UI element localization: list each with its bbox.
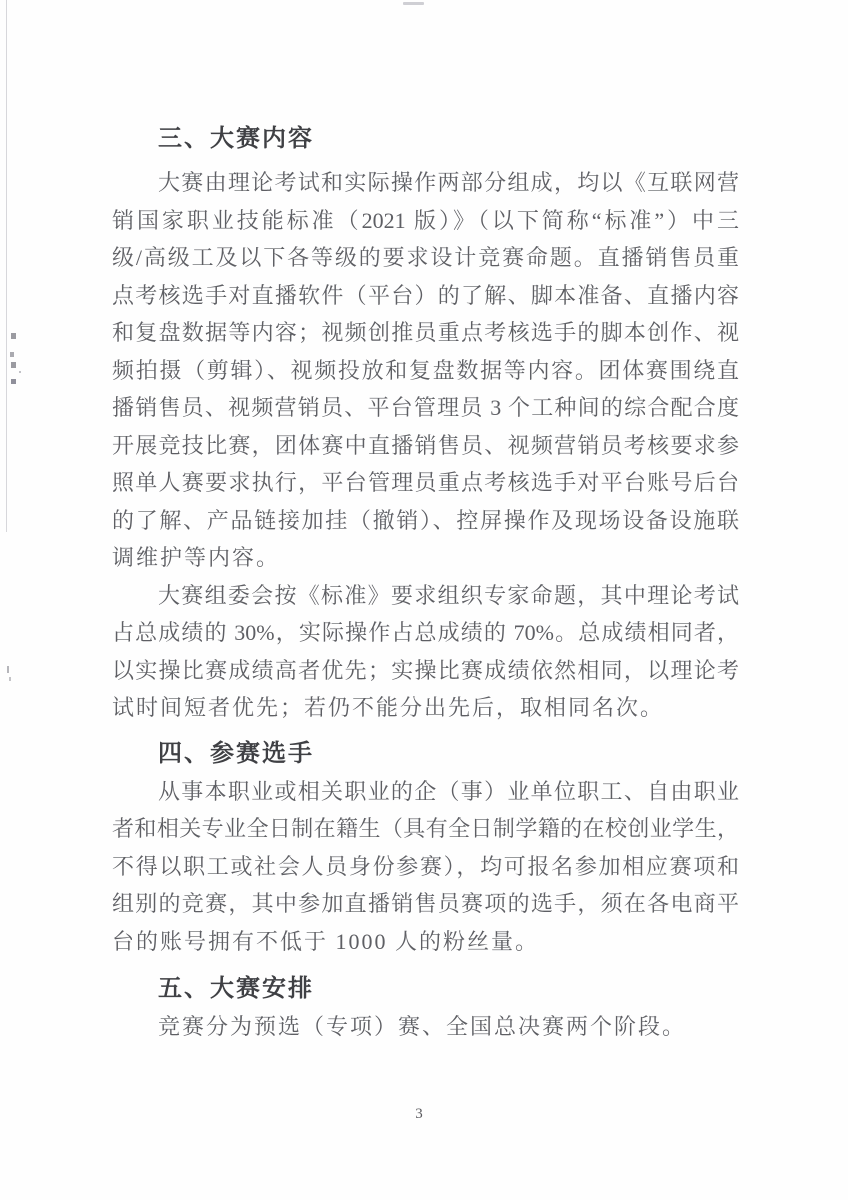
- scan-artifact-speck: [11, 362, 16, 368]
- scan-artifact-speck: [19, 371, 21, 373]
- scan-artifact-speck: [10, 352, 14, 357]
- section-heading: 五、大赛安排: [112, 970, 739, 1008]
- paragraph: 从事本职业或相关职业的企（事）业单位职工、自由职业 者和相关专业全日制在籍生（具…: [112, 773, 739, 961]
- scan-artifact-edge-line: [6, 0, 7, 532]
- section-participants: 四、参赛选手 从事本职业或相关职业的企（事）业单位职工、自由职业 者和相关专业全…: [112, 735, 739, 961]
- text-line: 大赛由理论考试和实际操作两部分组成，均以《互联网营: [112, 164, 739, 202]
- text-line: 试时间短者优先；若仍不能分出先后，取相同名次。: [112, 689, 739, 727]
- section-contest-content: 三、大赛内容 大赛由理论考试和实际操作两部分组成，均以《互联网营 销国家职业技能…: [112, 120, 739, 727]
- paragraph: 大赛组委会按《标准》要求组织专家命题，其中理论考试 占总成绩的 30%，实际操作…: [112, 577, 739, 727]
- text-line: 组别的竞赛，其中参加直播销售员赛项的选手，须在各电商平: [112, 885, 739, 923]
- page-number: 3: [0, 1106, 838, 1123]
- text-line: 开展竞技比赛，团体赛中直播销售员、视频营销员考核要求参: [112, 427, 739, 465]
- text-line: 台的账号拥有不低于 1000 人的粉丝量。: [112, 923, 739, 961]
- scan-artifact-speck: [11, 333, 16, 339]
- text-line: 大赛组委会按《标准》要求组织专家命题，其中理论考试: [112, 577, 739, 615]
- text-line: 以实操比赛成绩高者优先；实操比赛成绩依然相同，以理论考: [112, 652, 739, 690]
- text-line: 从事本职业或相关职业的企（事）业单位职工、自由职业: [112, 773, 739, 811]
- scan-artifact-speck: [7, 666, 9, 673]
- scan-artifact-top-bar: [403, 2, 424, 5]
- scan-artifact-speck: [11, 379, 16, 384]
- text-line: 级/高级工及以下各等级的要求设计竞赛命题。直播销售员重: [112, 239, 739, 277]
- text-line: 点考核选手对直播软件（平台）的了解、脚本准备、直播内容: [112, 277, 739, 315]
- paragraph: 竞赛分为预选（专项）赛、全国总决赛两个阶段。: [112, 1008, 739, 1046]
- text-line: 频拍摄（剪辑）、视频投放和复盘数据等内容。团体赛围绕直: [112, 352, 739, 390]
- text-line: 照单人赛要求执行，平台管理员重点考核选手对平台账号后台: [112, 464, 739, 502]
- section-heading: 三、大赛内容: [112, 120, 739, 158]
- text-line: 销国家职业技能标准（2021 版）》（以下简称“标准”）中三: [112, 202, 739, 240]
- text-line: 不得以职工或社会人员身份参赛），均可报名参加相应赛项和: [112, 848, 739, 886]
- section-heading: 四、参赛选手: [112, 735, 739, 773]
- text-line: 调维护等内容。: [112, 539, 739, 577]
- text-line: 占总成绩的 30%，实际操作占总成绩的 70%。总成绩相同者，: [112, 614, 739, 652]
- section-schedule: 五、大赛安排 竞赛分为预选（专项）赛、全国总决赛两个阶段。: [112, 970, 739, 1046]
- text-line: 和复盘数据等内容；视频创推员重点考核选手的脚本创作、视: [112, 314, 739, 352]
- text-line: 者和相关专业全日制在籍生（具有全日制学籍的在校创业学生，: [112, 810, 739, 848]
- text-line: 播销售员、视频营销员、平台管理员 3 个工种间的综合配合度: [112, 389, 739, 427]
- scanned-document-page: 三、大赛内容 大赛由理论考试和实际操作两部分组成，均以《互联网营 销国家职业技能…: [0, 0, 848, 1200]
- scan-artifact-speck: [9, 677, 11, 681]
- text-line: 竞赛分为预选（专项）赛、全国总决赛两个阶段。: [112, 1008, 739, 1046]
- text-line: 的了解、产品链接加挂（撤销）、控屏操作及现场设备设施联: [112, 502, 739, 540]
- paragraph: 大赛由理论考试和实际操作两部分组成，均以《互联网营 销国家职业技能标准（2021…: [112, 164, 739, 577]
- document-body: 三、大赛内容 大赛由理论考试和实际操作两部分组成，均以《互联网营 销国家职业技能…: [112, 120, 739, 1046]
